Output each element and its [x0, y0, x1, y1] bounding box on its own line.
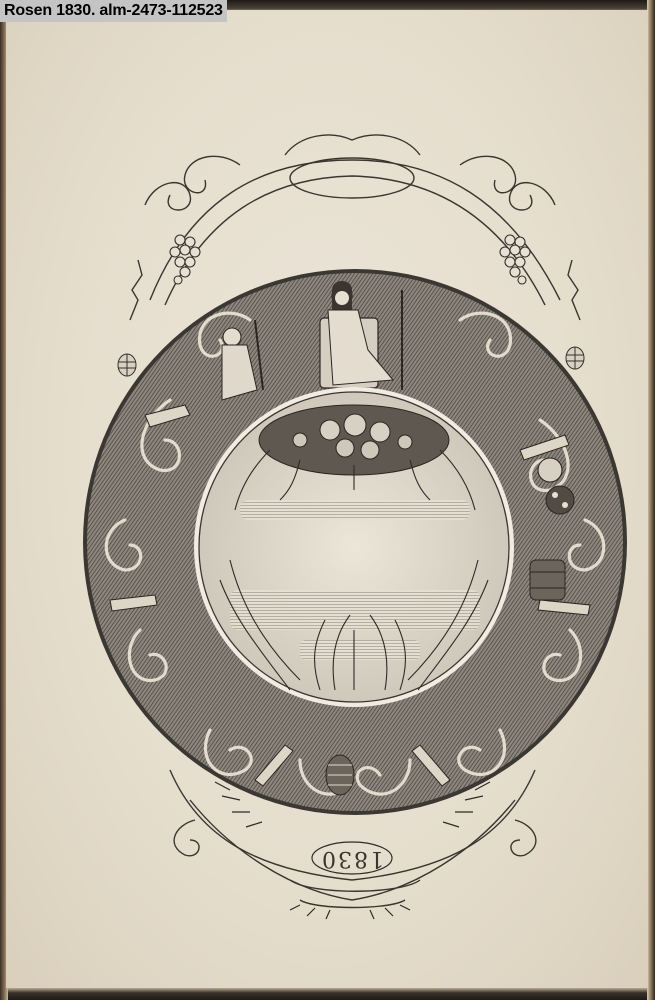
engraved-plate: 1830 — [0, 0, 655, 1000]
pinecone-ornament — [326, 755, 354, 795]
year-cartouche: 1830 — [312, 842, 392, 874]
image-caption: Rosen 1830. alm-2473-112523 — [0, 0, 227, 22]
hop-cone-right — [566, 347, 584, 369]
barrel — [530, 560, 565, 600]
year-label: 1830 — [320, 846, 384, 871]
grape-cluster-left — [170, 235, 200, 284]
grape-cluster-right — [500, 235, 530, 284]
rose-bouquet — [259, 405, 449, 475]
hop-cone-left — [118, 354, 136, 376]
